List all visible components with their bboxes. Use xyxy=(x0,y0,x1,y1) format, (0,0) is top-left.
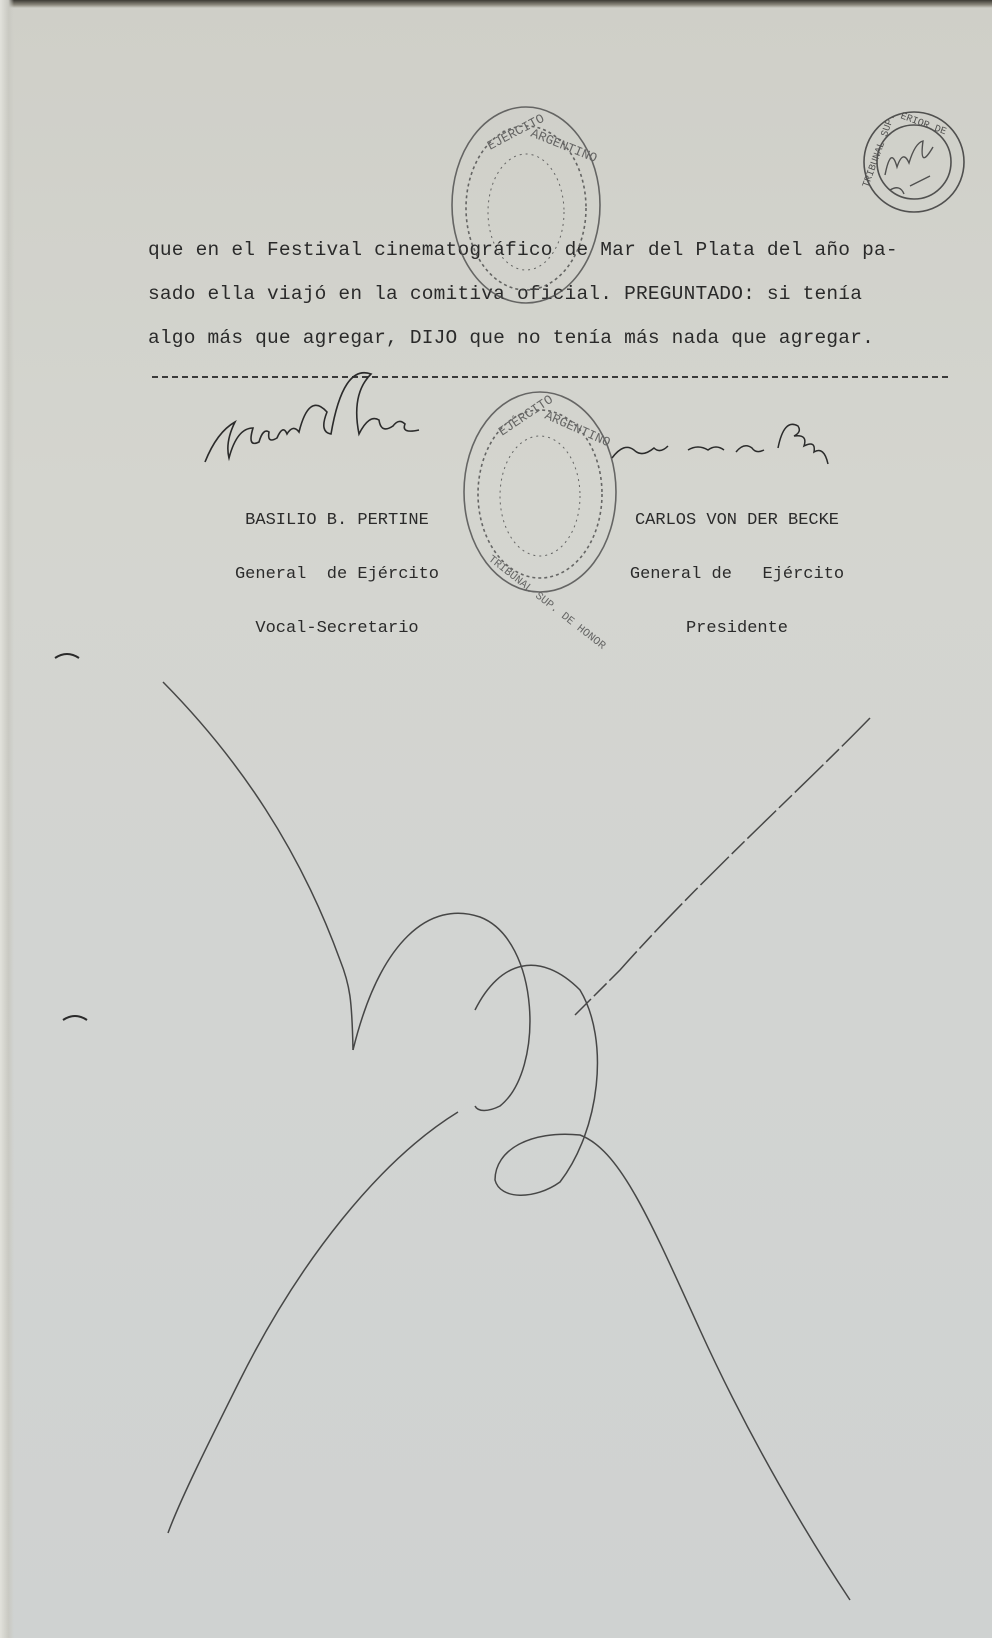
document-page: que en el Festival cinematográfico de Ma… xyxy=(0,0,992,1638)
signature-von-der-becke-icon xyxy=(612,424,828,464)
svg-text:ARGENTINO: ARGENTINO xyxy=(542,408,612,450)
signature-pertine-icon xyxy=(205,373,419,462)
punch-mark-icon xyxy=(63,1016,87,1020)
ink-overlay: EJÉRCITO ARGENTINO EJÉRCITO ARGENTINO TR… xyxy=(0,0,992,1638)
svg-text:ERIOR DE: ERIOR DE xyxy=(899,111,948,138)
punch-mark-icon xyxy=(55,654,79,658)
cancellation-scribble-icon xyxy=(163,682,870,1600)
round-seal-icon: TRIBUNAL SUP. ERIOR DE xyxy=(861,111,964,212)
oval-seal-bottom-icon: EJÉRCITO ARGENTINO TRIBUNAL SUP. DE HONO… xyxy=(464,392,616,653)
oval-seal-top-icon: EJÉRCITO ARGENTINO xyxy=(452,107,600,303)
svg-text:ARGENTINO: ARGENTINO xyxy=(529,126,600,166)
